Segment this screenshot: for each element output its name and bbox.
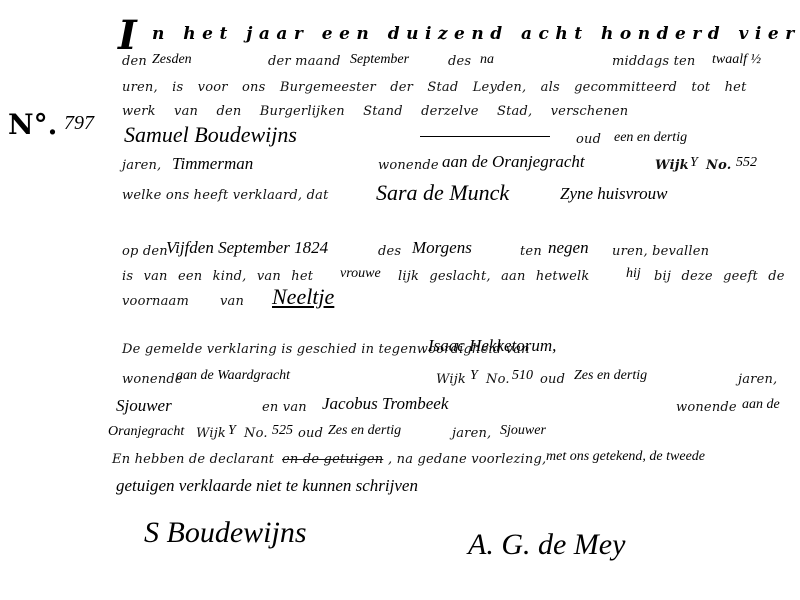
handwritten-child-name: Neeltje bbox=[272, 284, 334, 310]
handwritten-witness2-wijk: Y bbox=[228, 423, 236, 439]
text-en-van: en van bbox=[262, 400, 307, 415]
text-oud-3: oud bbox=[298, 426, 323, 441]
handwritten-time-of-day: Morgens bbox=[412, 238, 472, 258]
initial-letter: I bbox=[118, 12, 137, 59]
text-wonende-3: wonende bbox=[676, 400, 737, 415]
record-number-label: N°. bbox=[8, 108, 57, 141]
handwritten-witness1-address: aan de Waardgracht bbox=[176, 368, 290, 384]
handwritten-witness2-address-start: aan de bbox=[742, 397, 780, 413]
text-lijk-geslacht: lijk geslacht, aan hetwelk bbox=[398, 269, 589, 284]
handwritten-witness1-age: Zes en dertig bbox=[574, 368, 647, 384]
text-van: van bbox=[220, 294, 244, 309]
handwritten-birth-hour: negen bbox=[548, 238, 589, 258]
handwritten-witness2-occupation: Sjouwer bbox=[500, 423, 546, 439]
text-jaren-2: jaren, bbox=[738, 372, 777, 387]
record-number-value: 797 bbox=[64, 112, 94, 135]
text-oud-2: oud bbox=[540, 372, 565, 387]
handwritten-signing-note: met ons getekend, de tweede bbox=[546, 449, 705, 465]
text-jaren-3: jaren, bbox=[452, 426, 491, 441]
handwritten-witness1-wijk: Y bbox=[470, 368, 478, 384]
text-des-2: des bbox=[378, 244, 401, 259]
text-op-den: op den bbox=[122, 244, 168, 259]
heading-line: n het jaar een duizend acht honderd vier… bbox=[152, 24, 800, 44]
handwritten-day: Zesden bbox=[152, 52, 192, 68]
text-bij-deze-geeft: bij deze geeft de bbox=[654, 269, 785, 284]
handwritten-mother-name: Sara de Munck bbox=[376, 180, 509, 206]
handwritten-sex: vrouwe bbox=[340, 266, 381, 282]
handwritten-relation: Zyne huisvrouw bbox=[560, 184, 668, 204]
text-wijk-2: Wijk bbox=[436, 372, 466, 387]
text-wonende: wonende bbox=[378, 158, 439, 173]
handwritten-hij: hij bbox=[626, 266, 641, 282]
handwritten-month: September bbox=[350, 52, 409, 68]
text-no-3: No. bbox=[244, 426, 268, 441]
printed-line-3: uren, is voor ons Burgemeester der Stad … bbox=[122, 80, 747, 95]
handwritten-ampm: na bbox=[480, 52, 494, 68]
text-oud: oud bbox=[576, 132, 601, 147]
handwritten-declarant-name: Samuel Boudewijns bbox=[124, 122, 297, 148]
text-den: den bbox=[122, 54, 147, 69]
handwritten-wijk: Y bbox=[690, 155, 698, 171]
handwritten-witness1-house-no: 510 bbox=[512, 368, 533, 384]
printed-line-4: werk van den Burgerlijken Stand derzelve… bbox=[122, 104, 628, 119]
text-na-gedane-voorlezing: , na gedane voorlezing, bbox=[388, 452, 546, 467]
text-no-2: No. bbox=[486, 372, 510, 387]
text-no: No. bbox=[706, 158, 731, 173]
handwritten-witness2-address-end: Oranjegracht bbox=[108, 424, 184, 440]
text-wijk: Wijk bbox=[655, 158, 689, 173]
text-des: des bbox=[448, 54, 471, 69]
handwritten-witness2-house-no: 525 bbox=[272, 423, 293, 439]
signature-official: A. G. de Mey bbox=[468, 528, 625, 562]
text-is-van-een-kind: is van een kind, van het bbox=[122, 269, 313, 284]
text-wijk-3: Wijk bbox=[196, 426, 226, 441]
handwritten-declarant-age: een en dertig bbox=[614, 130, 687, 146]
text-middags-ten: middags ten bbox=[612, 54, 696, 69]
handwritten-witness1: Isaac Hekketorum, bbox=[428, 336, 556, 356]
filler-dash bbox=[420, 136, 550, 137]
handwritten-witness1-occupation: Sjouwer bbox=[116, 396, 172, 416]
signature-declarant: S Boudewijns bbox=[144, 516, 307, 550]
text-wonende-2: wonende bbox=[122, 372, 183, 387]
text-der-maand: der maand bbox=[268, 54, 341, 69]
handwritten-address: aan de Oranjegracht bbox=[442, 152, 585, 172]
struck-text-getuigen: en de getuigen bbox=[282, 452, 383, 467]
handwritten-witness2: Jacobus Trombeek bbox=[322, 394, 448, 414]
handwritten-occupation: Timmerman bbox=[172, 154, 253, 174]
text-verklaard: welke ons heeft verklaard, dat bbox=[122, 188, 329, 203]
text-en-hebben: En hebben de declarant bbox=[112, 452, 274, 467]
handwritten-witness-note: getuigen verklaarde niet te kunnen schri… bbox=[116, 476, 418, 496]
handwritten-house-no: 552 bbox=[736, 155, 757, 171]
text-uren-bevallen: uren, bevallen bbox=[612, 244, 709, 259]
handwritten-hour: twaalf ½ bbox=[712, 52, 761, 68]
handwritten-witness2-age: Zes en dertig bbox=[328, 423, 401, 439]
text-ten: ten bbox=[520, 244, 542, 259]
text-voornaam: voornaam bbox=[122, 294, 189, 309]
handwritten-birth-date: Vijfden September 1824 bbox=[166, 238, 328, 258]
text-jaren: jaren, bbox=[122, 158, 161, 173]
